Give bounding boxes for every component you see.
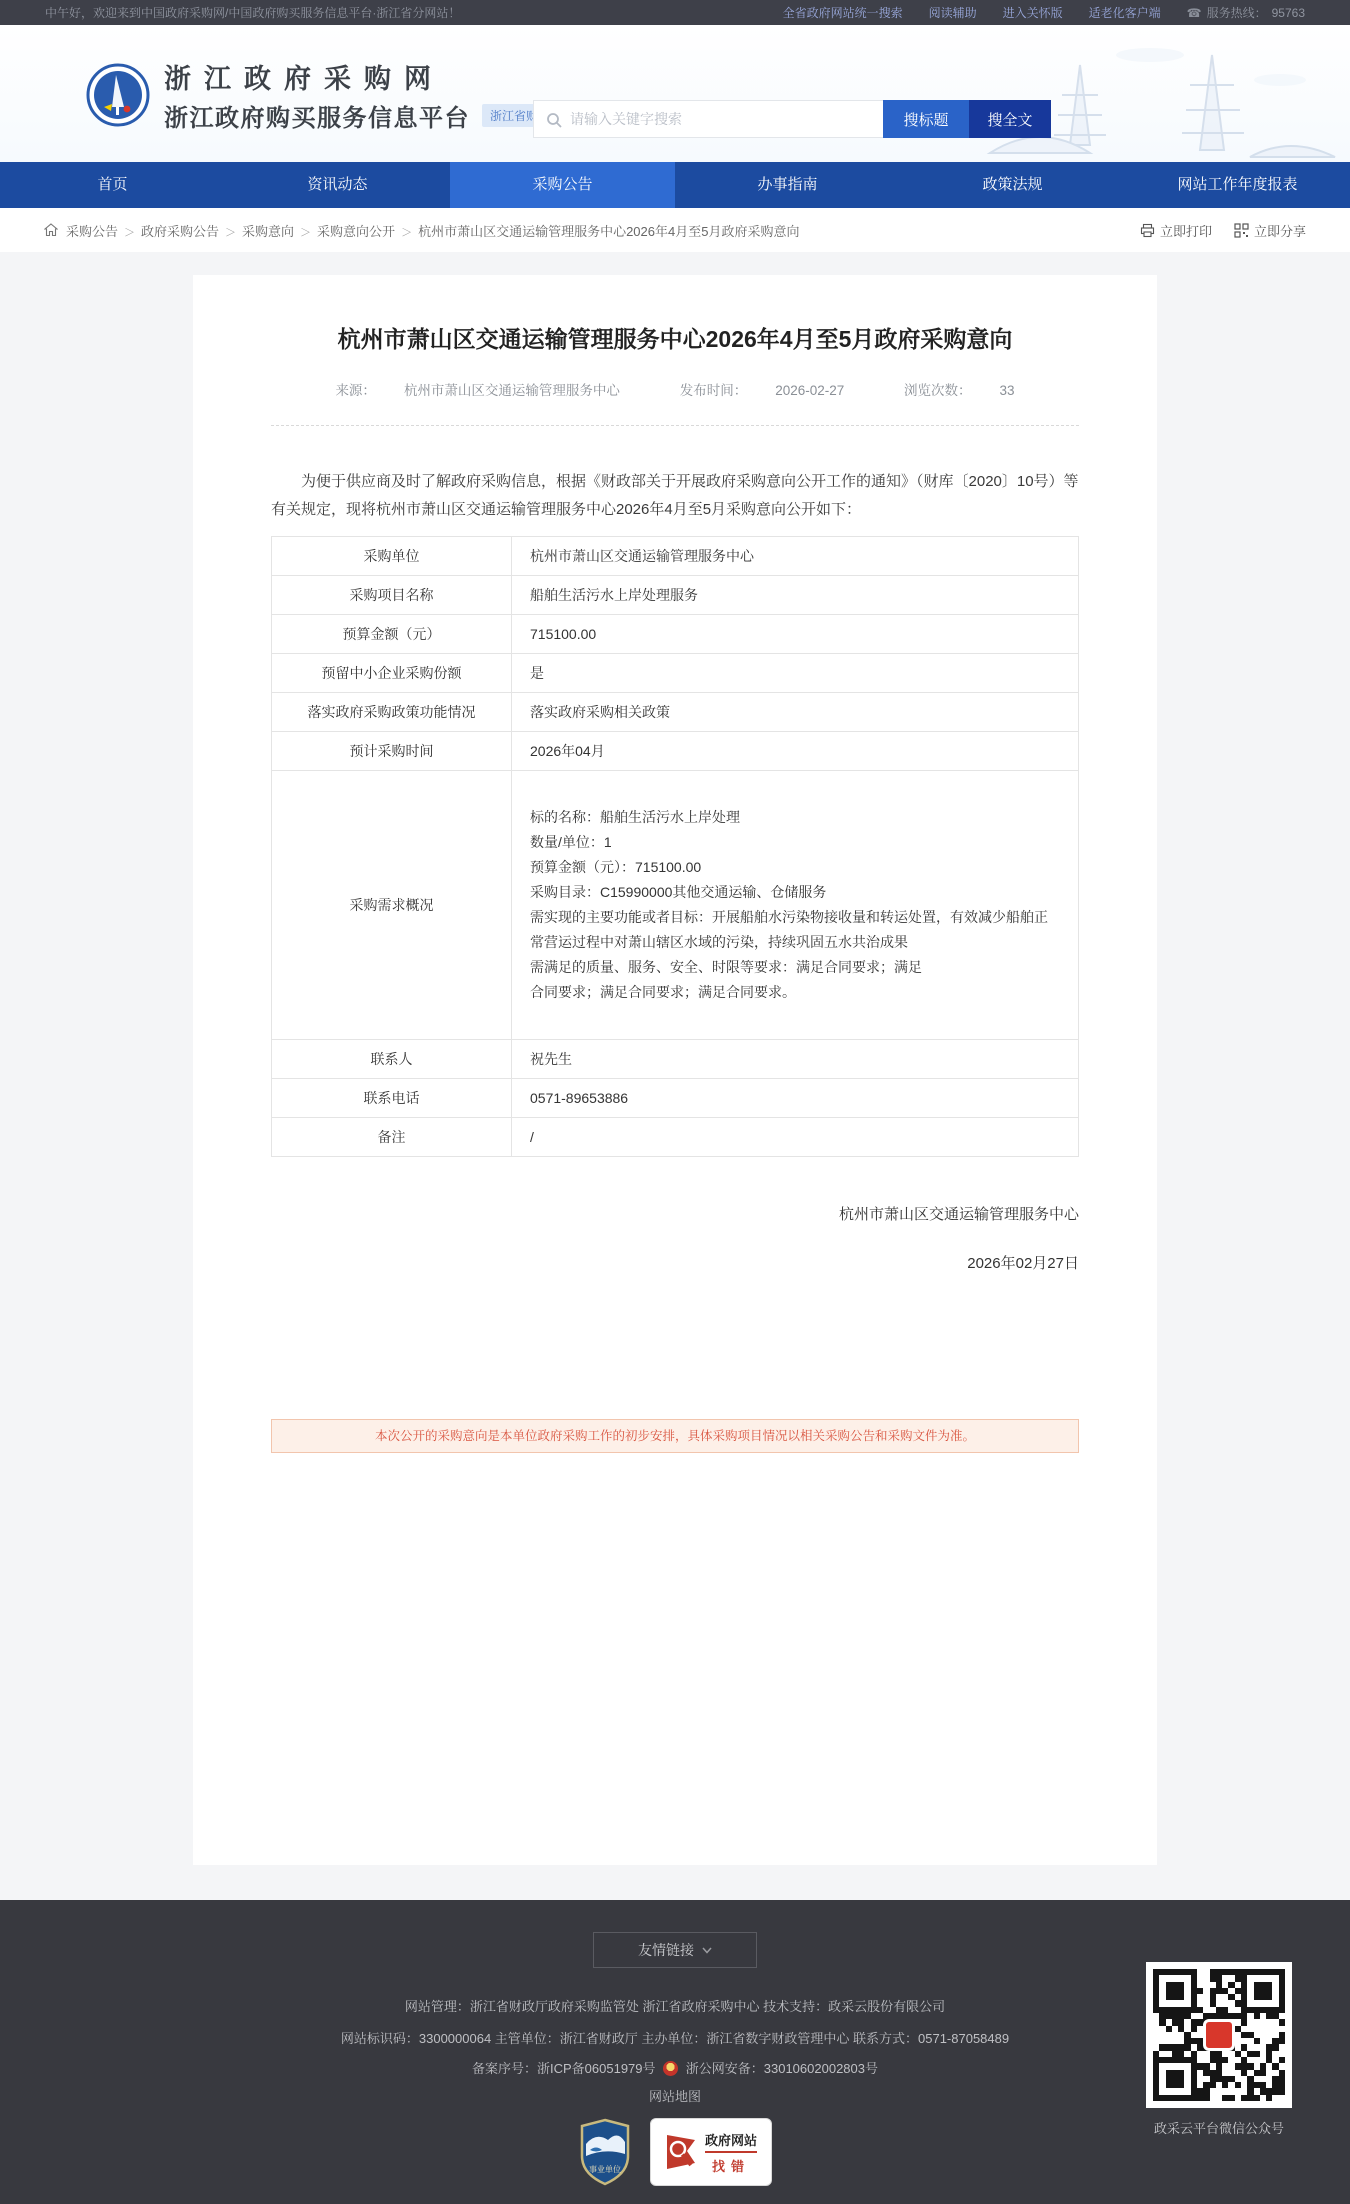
public-security-record-link[interactable]: 浙公网安备：33010602002803号 — [686, 2061, 878, 2076]
signature-date: 2026年02月27日 — [271, 1252, 1079, 1273]
table-row: 采购单位 杭州市萧山区交通运输管理服务中心 — [272, 537, 1079, 576]
institution-shield-badge[interactable]: 事业单位 — [578, 2118, 632, 2186]
page-actions: 立即打印 立即分享 — [1140, 221, 1306, 240]
row-label: 联系人 — [272, 1040, 512, 1079]
table-row: 联系电话 0571-89653886 — [272, 1079, 1079, 1118]
article-intro: 为便于供应商及时了解政府采购信息，根据《财政部关于开展政府采购意向公开工作的通知… — [271, 468, 1079, 524]
row-value: 落实政府采购相关政策 — [512, 693, 1079, 732]
row-label: 采购单位 — [272, 537, 512, 576]
table-row: 落实政府采购政策功能情况 落实政府采购相关政策 — [272, 693, 1079, 732]
gov-site-error-report-badge[interactable]: 政府网站 找错 — [650, 2118, 772, 2186]
table-row: 采购项目名称 船舶生活污水上岸处理服务 — [272, 576, 1079, 615]
meta-views: 浏览次数：33 — [890, 383, 1029, 398]
breadcrumb-item[interactable]: 政府采购公告 — [141, 221, 236, 240]
row-label: 备注 — [272, 1118, 512, 1157]
qr-center-logo — [1203, 2019, 1235, 2051]
row-label: 预计采购时间 — [272, 732, 512, 771]
chevron-down-icon — [702, 1947, 712, 1954]
wechat-qr-block: 政采云平台微信公众号 — [1146, 1962, 1292, 2137]
print-label: 立即打印 — [1160, 221, 1212, 240]
footer-badges: 事业单位 政府网站 找错 — [578, 2118, 772, 2186]
nav-item-announcements[interactable]: 采购公告 — [450, 162, 675, 208]
nav-item-annual-report[interactable]: 网站工作年度报表 — [1125, 162, 1350, 208]
link-care-version[interactable]: 进入关怀版 — [1003, 4, 1063, 21]
breadcrumb-item[interactable]: 采购意向公开 — [317, 221, 412, 240]
search-bar: 搜标题 搜全文 — [533, 100, 1051, 138]
row-label: 采购项目名称 — [272, 576, 512, 615]
share-label: 立即分享 — [1254, 221, 1306, 240]
error-report-icon — [665, 2131, 699, 2173]
row-value: 2026年04月 — [512, 732, 1079, 771]
svg-text:事业单位: 事业单位 — [589, 2164, 621, 2174]
brand-emblem-icon — [86, 63, 150, 127]
nav-item-guide[interactable]: 办事指南 — [675, 162, 900, 208]
link-elderly-client[interactable]: 适老化客户端 — [1089, 4, 1161, 21]
hotline-number: 95763 — [1272, 6, 1305, 20]
table-row: 预算金额（元） 715100.00 — [272, 615, 1079, 654]
link-reading-aid[interactable]: 阅读辅助 — [929, 4, 977, 21]
pagoda-watermark — [950, 25, 1350, 162]
hotline-label: 服务热线： — [1207, 4, 1267, 21]
qr-frame — [1146, 1962, 1292, 2108]
top-utility-bar: 中午好，欢迎来到中国政府采购网/中国政府购买服务信息平台·浙江省分网站！ 全省政… — [0, 0, 1350, 25]
link-unified-search[interactable]: 全省政府网站统一搜索 — [783, 4, 903, 21]
table-row-demand: 采购需求概况 标的名称：船舶生活污水上岸处理 数量/单位：1 预算金额（元）：7… — [272, 771, 1079, 1040]
row-value: 0571-89653886 — [512, 1079, 1079, 1118]
sitemap-link[interactable]: 网站地图 — [649, 2089, 701, 2104]
friend-links-label: 友情链接 — [638, 1940, 694, 1960]
row-value: / — [512, 1118, 1079, 1157]
printer-icon — [1140, 223, 1155, 238]
row-value: 715100.00 — [512, 615, 1079, 654]
disclaimer-notice: 本次公开的采购意向是本单位政府采购工作的初步安排，具体采购项目情况以相关采购公告… — [271, 1419, 1079, 1453]
home-icon — [44, 223, 58, 237]
qr-caption: 政采云平台微信公众号 — [1146, 2118, 1292, 2137]
table-row: 联系人 祝先生 — [272, 1040, 1079, 1079]
row-label: 联系电话 — [272, 1079, 512, 1118]
national-emblem-icon — [663, 2061, 678, 2076]
qr-code — [1153, 1969, 1285, 2101]
article-title: 杭州市萧山区交通运输管理服务中心2026年4月至5月政府采购意向 — [271, 323, 1079, 355]
breadcrumb-item-current: 杭州市萧山区交通运输管理服务中心2026年4月至5月政府采购意向 — [418, 221, 799, 240]
article-meta: 来源：杭州市萧山区交通运输管理服务中心 发布时间：2026-02-27 浏览次数… — [271, 379, 1079, 426]
qr-share-icon — [1234, 223, 1249, 238]
row-label: 采购需求概况 — [272, 771, 512, 1040]
row-value: 是 — [512, 654, 1079, 693]
row-value: 杭州市萧山区交通运输管理服务中心 — [512, 537, 1079, 576]
search-fulltext-button[interactable]: 搜全文 — [969, 100, 1051, 138]
table-row: 预计采购时间 2026年04月 — [272, 732, 1079, 771]
site-title: 浙江政府采购网 — [164, 57, 470, 96]
breadcrumb-item[interactable]: 采购公告 — [66, 221, 135, 240]
meta-source: 来源：杭州市萧山区交通运输管理服务中心 — [321, 383, 634, 398]
search-icon — [546, 112, 562, 128]
search-input[interactable] — [534, 101, 883, 137]
nav-item-policies[interactable]: 政策法规 — [900, 162, 1125, 208]
breadcrumb: 采购公告 政府采购公告 采购意向 采购意向公开 杭州市萧山区交通运输管理服务中心… — [44, 221, 1140, 240]
nav-item-home[interactable]: 首页 — [0, 162, 225, 208]
search-title-button[interactable]: 搜标题 — [883, 100, 969, 138]
demand-overview: 标的名称：船舶生活污水上岸处理 数量/单位：1 预算金额（元）：715100.0… — [512, 771, 1079, 1040]
phone-icon: ☎ — [1187, 6, 1202, 20]
icp-record-link[interactable]: 备案序号：浙ICP备06051979号 — [472, 2061, 656, 2076]
row-label: 落实政府采购政策功能情况 — [272, 693, 512, 732]
print-button[interactable]: 立即打印 — [1140, 221, 1212, 240]
search-box — [533, 100, 883, 138]
site-header: 浙江政府采购网 浙江政府购买服务信息平台 浙江省财政厅 搜标题 搜全文 — [0, 25, 1350, 162]
row-value: 船舶生活污水上岸处理服务 — [512, 576, 1079, 615]
main-area: 杭州市萧山区交通运输管理服务中心2026年4月至5月政府采购意向 来源：杭州市萧… — [0, 252, 1350, 1900]
share-button[interactable]: 立即分享 — [1234, 221, 1306, 240]
brand-text: 浙江政府采购网 浙江政府购买服务信息平台 — [164, 57, 470, 133]
service-hotline: ☎ 服务热线： 95763 — [1187, 4, 1305, 21]
friend-links-dropdown[interactable]: 友情链接 — [593, 1932, 757, 1968]
site-subtitle: 浙江政府购买服务信息平台 — [164, 98, 470, 133]
breadcrumb-bar: 采购公告 政府采购公告 采购意向 采购意向公开 杭州市萧山区交通运输管理服务中心… — [0, 208, 1350, 252]
nav-item-news[interactable]: 资讯动态 — [225, 162, 450, 208]
row-label: 预留中小企业采购份额 — [272, 654, 512, 693]
meta-pubtime: 发布时间：2026-02-27 — [666, 383, 859, 398]
breadcrumb-item[interactable]: 采购意向 — [242, 221, 311, 240]
table-row: 预留中小企业采购份额 是 — [272, 654, 1079, 693]
table-row: 备注 / — [272, 1118, 1079, 1157]
site-logo[interactable]: 浙江政府采购网 浙江政府购买服务信息平台 浙江省财政厅 — [86, 57, 570, 133]
greeting-text: 中午好，欢迎来到中国政府采购网/中国政府购买服务信息平台·浙江省分网站！ — [45, 4, 460, 21]
row-value: 祝先生 — [512, 1040, 1079, 1079]
procurement-table: 采购单位 杭州市萧山区交通运输管理服务中心 采购项目名称 船舶生活污水上岸处理服… — [271, 536, 1079, 1157]
error-report-text: 政府网站 找错 — [705, 2130, 757, 2175]
main-nav: 首页 资讯动态 采购公告 办事指南 政策法规 网站工作年度报表 — [0, 162, 1350, 208]
site-footer: 友情链接 网站管理：浙江省财政厅政府采购监管处 浙江省政府采购中心 技术支持：政… — [0, 1900, 1350, 2204]
page: 中午好，欢迎来到中国政府采购网/中国政府购买服务信息平台·浙江省分网站！ 全省政… — [0, 0, 1350, 2204]
row-label: 预算金额（元） — [272, 615, 512, 654]
topbar-links: 全省政府网站统一搜索 阅读辅助 进入关怀版 适老化客户端 ☎ 服务热线： 957… — [783, 4, 1305, 21]
article-card: 杭州市萧山区交通运输管理服务中心2026年4月至5月政府采购意向 来源：杭州市萧… — [193, 275, 1157, 1865]
signature-org: 杭州市萧山区交通运输管理服务中心 — [271, 1203, 1079, 1224]
